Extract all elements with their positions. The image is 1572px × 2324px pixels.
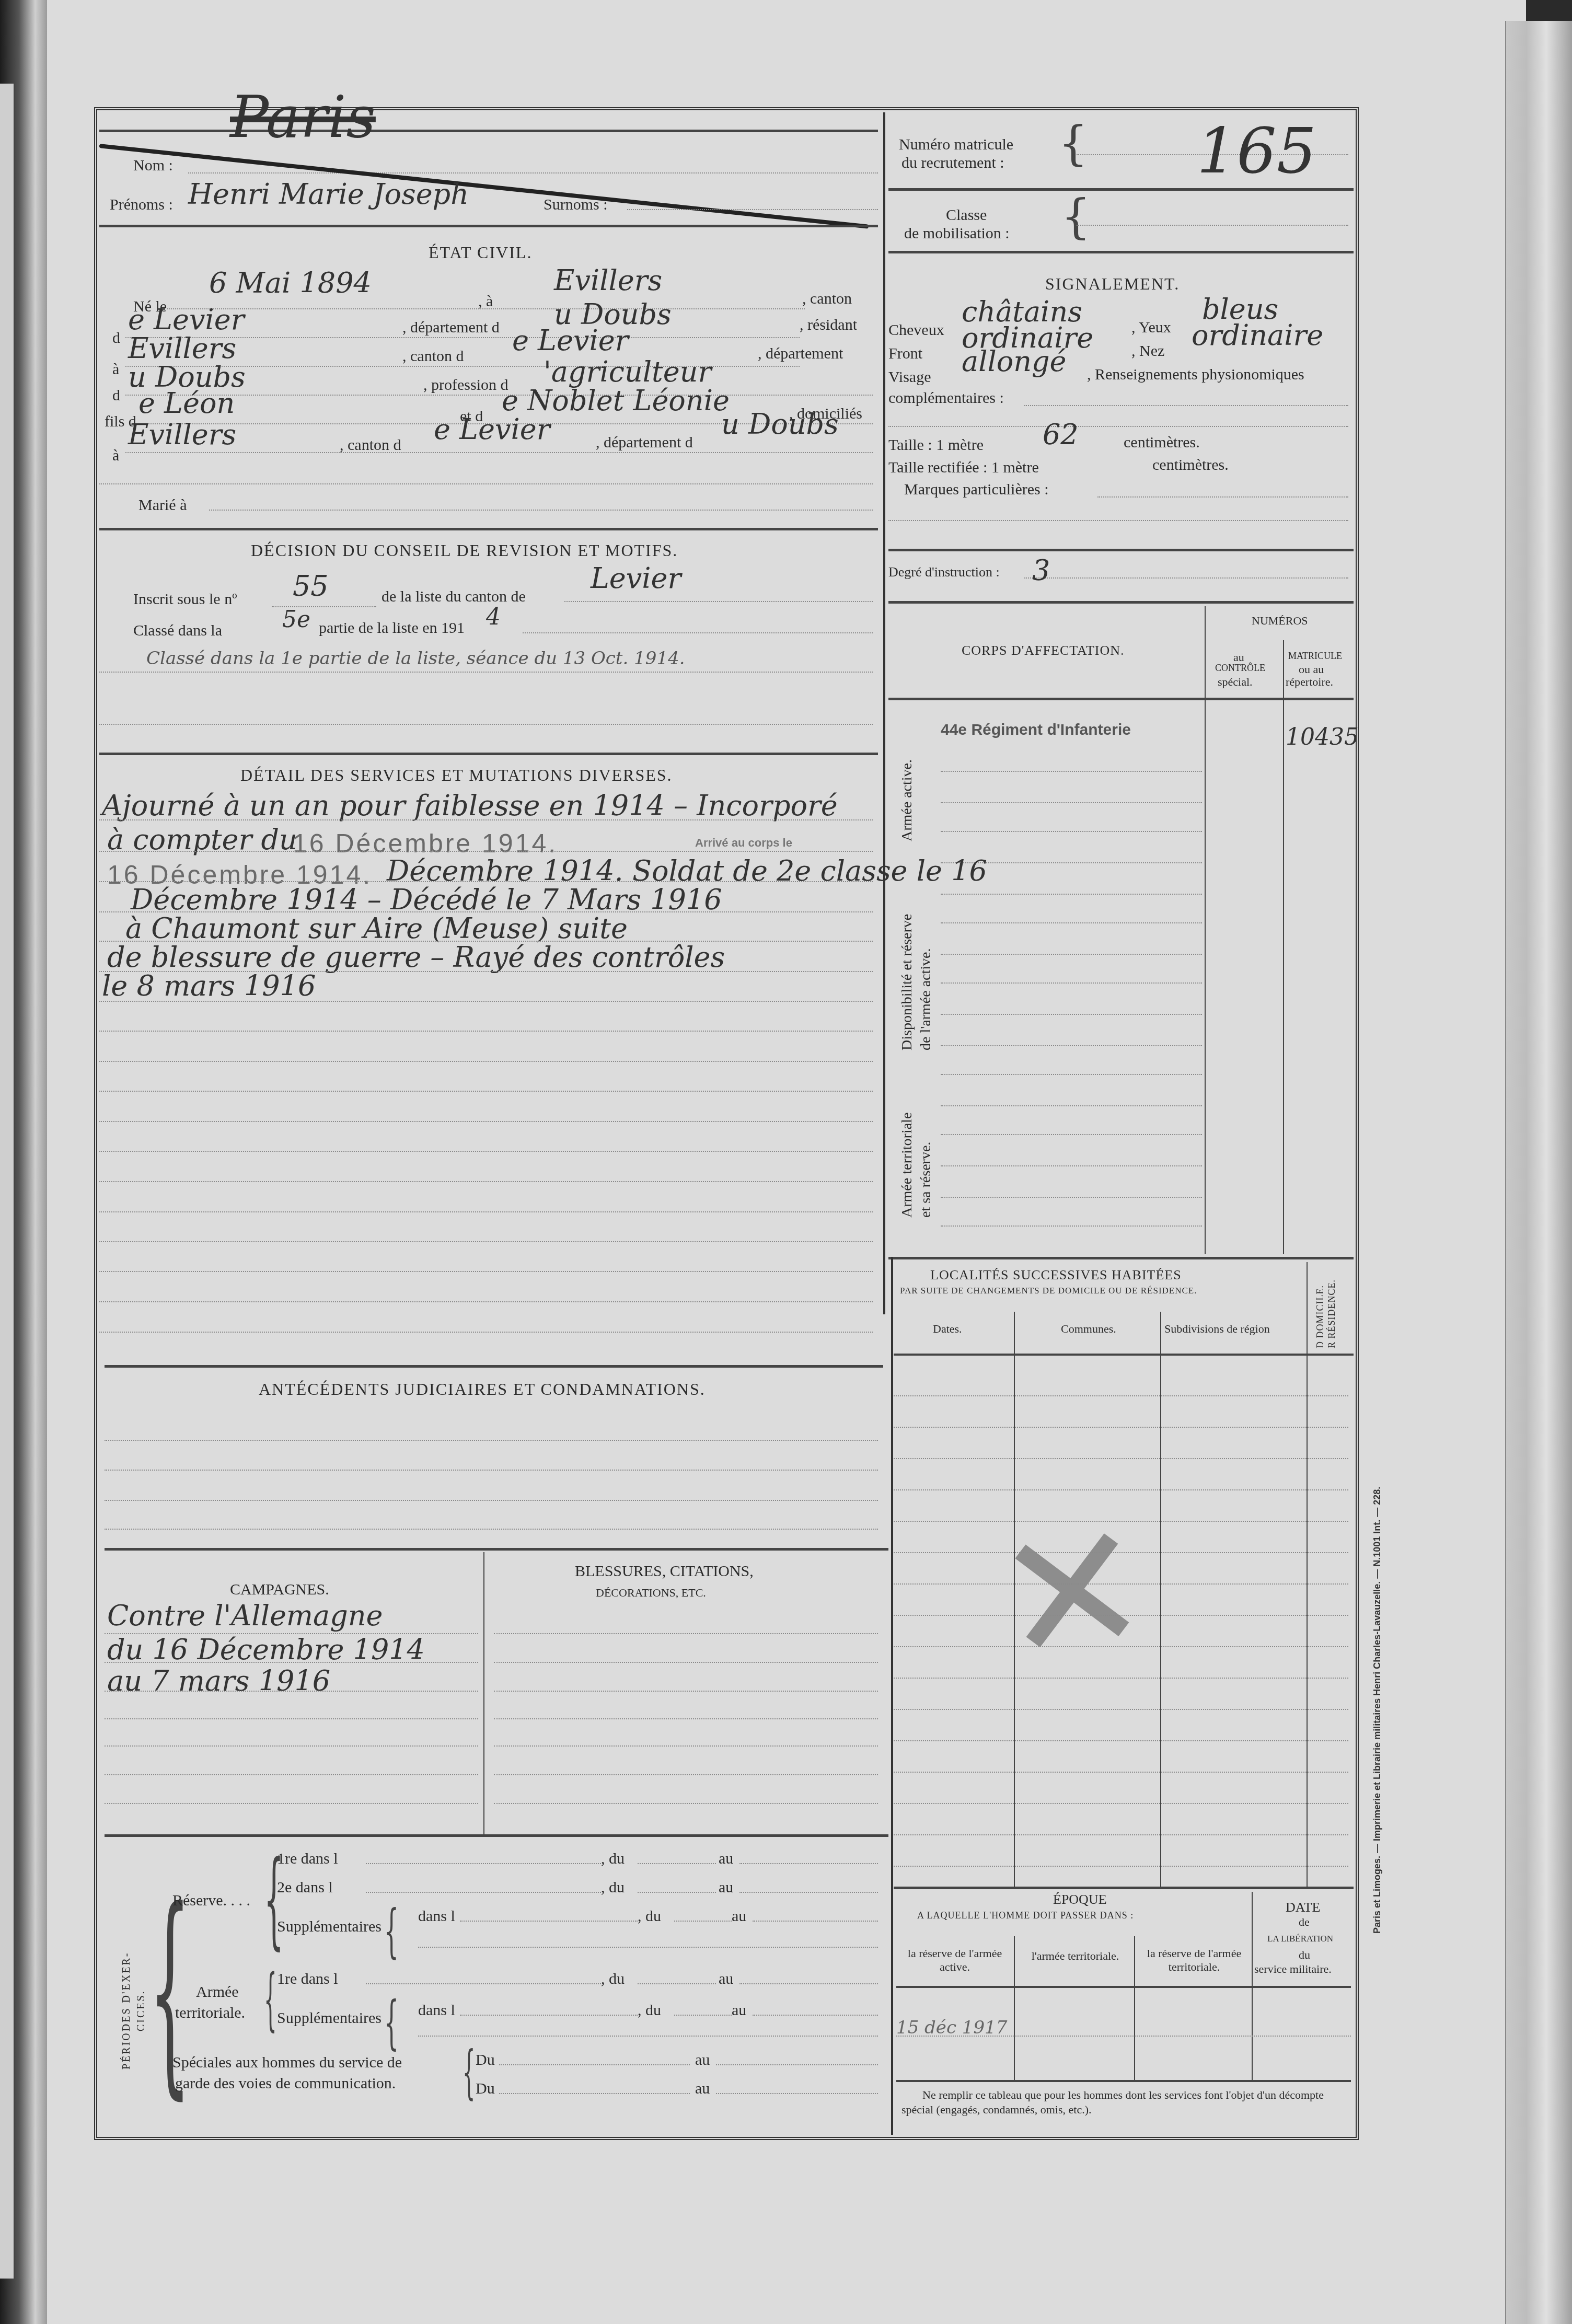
du-label: , du: [638, 1907, 661, 1925]
dotted-line: [99, 1061, 873, 1062]
dotted-line: [499, 2093, 690, 2094]
speciales-label-1: Spéciales aux hommes du service de: [172, 2054, 402, 2072]
visage-value: allongé: [962, 345, 1067, 378]
speciales-label-2: garde des voies de communication.: [175, 2075, 396, 2092]
services-line-5: à Chaumont sur Aire (Meuse) suite: [125, 912, 628, 945]
dotted-line: [896, 2036, 1351, 2037]
dotted-line: [366, 1863, 601, 1864]
complementaires-label: complémentaires :: [888, 389, 1004, 407]
dotted-line: [894, 1740, 1348, 1741]
territoriale-1re-label: 1re dans l: [277, 1970, 338, 1988]
dotted-line: [125, 395, 873, 396]
decision-note: Classé dans la 1e partie de la liste, sé…: [146, 648, 685, 669]
nom-value: Paris: [230, 84, 376, 151]
dotted-line: [894, 1395, 1348, 1396]
a-label: à: [112, 447, 119, 465]
localites-subtitle: PAR SUITE DE CHANGEMENTS DE DOMICILE OU …: [900, 1286, 1197, 1296]
degre-instruction-value: 3: [1032, 554, 1050, 587]
column-divider: [1160, 1312, 1161, 1887]
taille-label: Taille : 1 mètre: [888, 436, 984, 454]
dotted-line: [494, 1718, 878, 1719]
dotted-line: [674, 1921, 732, 1922]
dotted-line: [99, 1211, 873, 1212]
divider: [888, 601, 1354, 604]
dotted-line: [716, 2064, 878, 2065]
dans-l-label: dans l: [418, 2002, 455, 2019]
dotted-line: [894, 1772, 1348, 1773]
cheveux-label: Cheveux: [888, 321, 944, 339]
divider: [896, 2080, 1351, 2082]
reserve-label: Réserve. . . .: [172, 1892, 250, 1910]
dotted-line: [494, 1633, 878, 1634]
numero-matricule-label: Numéro matricule: [899, 136, 1013, 154]
services-stamp-small: Arrivé au corps le: [695, 836, 792, 850]
col-domicile: D DOMICILE.: [1315, 1285, 1325, 1348]
localites-title: LOCALITÉS SUCCESSIVES HABITÉES: [930, 1267, 1182, 1283]
canton-label: , canton d: [340, 436, 401, 454]
dotted-line: [1024, 577, 1348, 579]
divider: [99, 225, 878, 227]
numero-matricule-value: 165: [1197, 115, 1316, 188]
col-matricule-2: ou au: [1299, 663, 1324, 676]
dotted-line: [627, 209, 878, 210]
visage-label: Visage: [888, 368, 931, 386]
divider: [896, 1986, 1351, 1988]
dotted-line: [894, 1458, 1348, 1459]
dotted-line: [99, 1332, 873, 1333]
dotted-line: [99, 1091, 873, 1092]
divider: [888, 251, 1354, 253]
dotted-line: [494, 1803, 878, 1804]
divider: [888, 1257, 1354, 1259]
dotted-line: [418, 2036, 878, 2037]
front-label: Front: [888, 345, 922, 363]
dotted-line: [753, 2015, 878, 2016]
dotted-line: [105, 1803, 478, 1804]
dotted-line: [99, 672, 873, 673]
dotted-line: [894, 1521, 1348, 1522]
signalement-title: SIGNALEMENT.: [1045, 274, 1180, 294]
blessures-subtitle: DÉCORATIONS, ETC.: [596, 1586, 706, 1600]
centimetres-label-2: centimètres.: [1152, 456, 1229, 474]
supplementaires-label: Supplémentaires: [277, 2009, 382, 2027]
canton-naissance: e Levier: [128, 303, 245, 336]
dotted-line: [894, 1583, 1348, 1585]
services-line-6: de blessure de guerre – Rayé des contrôl…: [107, 941, 725, 974]
dotted-line: [125, 452, 873, 453]
dotted-line: [941, 982, 1202, 984]
dotted-line: [99, 1301, 873, 1302]
matricule-entry-value: 10435: [1286, 724, 1359, 750]
residence: Evillers: [128, 332, 236, 365]
corps-entry-value: 44e Régiment d'Infanterie: [941, 721, 1131, 739]
au-label: au: [695, 2080, 710, 2098]
annee-value: 4: [486, 604, 501, 630]
divider: [105, 1834, 888, 1837]
dotted-line: [739, 1892, 878, 1893]
col-subdivisions: Subdivisions de région: [1164, 1322, 1270, 1336]
dotted-line: [894, 1646, 1348, 1647]
dotted-line: [894, 1803, 1348, 1804]
dotted-line: [894, 1615, 1348, 1616]
dotted-line: [494, 1774, 878, 1775]
armee-label-1: Armée: [196, 1983, 239, 2001]
dotted-line: [105, 1633, 478, 1634]
centimetres-label: centimètres.: [1124, 434, 1200, 452]
corps-title: CORPS D'AFFECTATION.: [962, 643, 1125, 658]
dotted-line: [941, 954, 1202, 955]
epoque-col-4-4: du: [1299, 1948, 1310, 1962]
d-label: d: [112, 387, 120, 404]
dotted-line: [460, 2015, 638, 2016]
classe-label: Classe: [946, 206, 987, 224]
marie-label: Marié à: [138, 496, 187, 514]
canton-label: , canton: [802, 290, 852, 308]
profession-label: , profession d: [423, 376, 508, 394]
divider: [99, 753, 878, 755]
epoque-note: Ne remplir ce tableau que pour les homme…: [901, 2088, 1351, 2117]
numeros-title: NUMÉROS: [1252, 614, 1308, 628]
dotted-line: [1024, 405, 1348, 406]
dotted-line: [894, 1834, 1348, 1835]
campagnes-line-3: au 7 mars 1916: [107, 1664, 330, 1697]
etat-civil-title: ÉTAT CIVIL.: [429, 243, 532, 262]
section-disponibilite-line-1: Disponibilité et réserve: [899, 914, 915, 1050]
dotted-line: [105, 1662, 478, 1663]
dotted-line: [99, 483, 873, 484]
campagnes-line-1: Contre l'Allemagne: [107, 1599, 383, 1632]
dotted-line: [418, 1947, 878, 1948]
dotted-line: [1077, 225, 1348, 226]
dotted-line: [105, 1774, 478, 1775]
epoque-col-2: l'armée territoriale.: [1022, 1949, 1129, 1963]
dotted-line: [99, 941, 873, 942]
canton-parents: e Levier: [434, 413, 550, 446]
divider: [894, 1887, 1354, 1889]
surnoms-label: Surnoms :: [544, 196, 608, 214]
services-line-7: le 8 mars 1916: [102, 969, 316, 1002]
dotted-line: [941, 922, 1202, 923]
col-matricule-3: répertoire.: [1286, 675, 1333, 689]
inscrit-numero: 55: [293, 570, 329, 603]
dotted-line: [105, 1691, 478, 1692]
du-cap-label: Du: [476, 2051, 495, 2069]
dotted-line: [888, 520, 1348, 521]
nom-label: Nom :: [133, 157, 173, 175]
dotted-line: [99, 971, 873, 972]
dotted-line: [494, 1691, 878, 1692]
column-divider: [1134, 1936, 1135, 2080]
campagnes-line-2: du 16 Décembre 1914: [107, 1633, 425, 1666]
dotted-line: [99, 881, 873, 882]
profession: 'agriculteur: [544, 355, 711, 388]
partie-value: 5e: [282, 606, 310, 633]
col-domicile-residence: D DOMICILE.R RÉSIDENCE.: [1314, 1279, 1337, 1348]
dotted-line: [941, 831, 1202, 832]
partie-label: partie de la liste en 191: [319, 619, 465, 637]
printer-imprint: Paris et Limoges. — Imprimerie et Librai…: [1372, 1487, 1383, 1934]
classe-dans-label: Classé dans la: [133, 622, 222, 640]
dotted-line: [105, 1718, 478, 1719]
dotted-line: [99, 819, 873, 820]
column-divider: [483, 1552, 484, 1834]
antecedents-title: ANTÉCÉDENTS JUDICIAIRES ET CONDAMNATIONS…: [259, 1380, 706, 1399]
divider: [888, 549, 1354, 551]
periodes-side-label: PÉRIODES D'EXER-CICES.: [119, 1952, 148, 2070]
canton-residence: e Levier: [512, 324, 629, 357]
epoque-col-4-2: de: [1299, 1915, 1310, 1929]
du-label: , du: [601, 1850, 625, 1868]
dotted-line: [894, 1552, 1348, 1553]
col-dates: Dates.: [933, 1322, 962, 1336]
departement-parents: u Doubs: [721, 408, 839, 441]
epoque-col-3: la réserve de l'armée territoriale.: [1142, 1947, 1246, 1974]
departement-label: , département d: [596, 434, 693, 452]
facing-page-edge: [0, 84, 15, 2279]
nez-value: ordinaire: [1192, 319, 1323, 352]
dotted-line: [523, 632, 873, 633]
dotted-line: [99, 1001, 873, 1002]
dotted-line: [894, 1866, 1348, 1867]
degre-instruction-label: Degré d'instruction :: [888, 564, 1000, 580]
dotted-line: [105, 1470, 878, 1471]
column-divider: [1283, 640, 1284, 1254]
services-title: DÉTAIL DES SERVICES ET MUTATIONS DIVERSE…: [240, 766, 673, 785]
dotted-line: [941, 894, 1202, 895]
departement-label: , département d: [402, 319, 500, 337]
dotted-line: [494, 1662, 878, 1663]
inscrit-label: Inscrit sous le nº: [133, 591, 237, 608]
col-communes: Communes.: [1061, 1322, 1116, 1336]
epoque-col-1: la réserve de l'armée active.: [900, 1947, 1010, 1974]
divider: [894, 1354, 1354, 1356]
dotted-line: [99, 1181, 873, 1182]
domicile-parents: Evillers: [128, 418, 236, 451]
dotted-line: [888, 426, 1348, 427]
departement-label: , département: [758, 345, 843, 363]
dotted-line: [941, 1225, 1202, 1227]
dotted-line: [941, 802, 1202, 803]
renseignements-label: , Renseignements physionomiques: [1087, 366, 1304, 384]
epoque-col-4-5: service militaire.: [1254, 1962, 1332, 1976]
column-divider: [1014, 1936, 1015, 2080]
marques-label: Marques particulières :: [904, 481, 1049, 499]
services-line-1: Ajourné à un an pour faiblesse en 1914 –…: [102, 789, 838, 822]
armee-label-2: territoriale.: [175, 2004, 245, 2022]
dotted-line: [894, 1678, 1348, 1679]
au-label: au: [695, 2051, 710, 2069]
canton-label: , canton d: [402, 348, 464, 365]
nez-label: , Nez: [1131, 342, 1164, 360]
epoque-col-4-3: LA LIBÉRATION: [1267, 1934, 1333, 1944]
col-residence: R RÉSIDENCE.: [1326, 1279, 1337, 1348]
epoque-title: ÉPOQUE: [1053, 1892, 1107, 1907]
divider: [105, 1365, 883, 1368]
epoque-subtitle: A LAQUELLE L'HOMME DOIT PASSER DANS :: [917, 1910, 1134, 1921]
dotted-line: [1097, 496, 1348, 498]
dotted-line: [99, 1151, 873, 1152]
reserve-1re-label: 1re dans l: [277, 1850, 338, 1868]
dotted-line: [894, 1427, 1348, 1428]
campagnes-title: CAMPAGNES.: [230, 1581, 329, 1599]
divider: [105, 1548, 888, 1551]
dotted-line: [941, 1074, 1202, 1075]
taille-value: 62: [1043, 418, 1079, 451]
dotted-line: [99, 1271, 873, 1272]
yeux-label: , Yeux: [1131, 319, 1171, 337]
supplementaires-label: Supplémentaires: [277, 1918, 382, 1936]
residant-label: , résidant: [800, 316, 857, 334]
du-label: , du: [601, 1970, 625, 1988]
dotted-line: [941, 1014, 1202, 1015]
dotted-line: [638, 1863, 716, 1864]
d-label: d: [112, 329, 120, 347]
col-controle-3: spécial.: [1218, 675, 1253, 689]
a-label: à: [112, 361, 119, 378]
page-stack-edge: [1505, 21, 1572, 2324]
mere: e Noblet Léonie: [502, 384, 730, 417]
brace-icon: {: [384, 1902, 399, 1960]
epoque-val-1: 15 déc 1917: [896, 2017, 1007, 2038]
au-label: au: [719, 1879, 733, 1897]
section-territoriale-line-2: et sa réserve.: [918, 1142, 934, 1218]
dotted-line: [99, 724, 873, 725]
numero-matricule-label-2: du recrutement :: [901, 154, 1004, 172]
du-label: , du: [638, 2002, 661, 2019]
dotted-line: [99, 851, 873, 852]
dotted-line: [99, 911, 873, 912]
col-matricule-1: MATRICULE: [1288, 651, 1342, 662]
dotted-line: [638, 1892, 716, 1893]
section-active-label: Armée active.: [899, 759, 916, 841]
periodes-label-2: CICES.: [135, 1990, 147, 2031]
column-divider: [1205, 606, 1206, 1254]
date-naissance: 6 Mai 1894: [209, 267, 372, 299]
periodes-label-1: PÉRIODES D'EXER-: [121, 1952, 132, 2070]
brace-icon: {: [264, 1965, 277, 2033]
dotted-line: [99, 1241, 873, 1242]
section-disponibilite-line-2: de l'armée active.: [918, 949, 934, 1050]
divider: [888, 188, 1354, 191]
services-line-3: Décembre 1914. Soldat de 2e classe le 16: [387, 854, 987, 887]
dotted-line: [941, 1165, 1202, 1166]
taille-rectifiee-label: Taille rectifiée : 1 mètre: [888, 459, 1039, 477]
brace-icon: {: [384, 1994, 399, 2051]
prenoms-value: Henri Marie Joseph: [188, 178, 469, 211]
divider: [888, 698, 1354, 700]
dans-l-label: dans l: [418, 1907, 455, 1925]
dotted-line: [105, 1500, 878, 1501]
dotted-line: [105, 1745, 478, 1747]
dotted-line: [105, 1440, 878, 1441]
column-divider: [1307, 1262, 1308, 1887]
dotted-line: [167, 308, 805, 309]
classe-label-2: de mobilisation :: [904, 225, 1010, 242]
cross-mark-icon: ✕: [987, 1496, 1159, 1692]
dotted-line: [188, 172, 878, 174]
dotted-line: [941, 771, 1202, 772]
du-label: , du: [601, 1879, 625, 1897]
decision-canton: Levier: [591, 562, 681, 595]
divider: [99, 130, 878, 132]
pere: e Léon: [138, 387, 235, 420]
dotted-line: [894, 1709, 1348, 1710]
section-territoriale-label: Armée territorialeet sa réserve.: [898, 1113, 935, 1218]
au-label: au: [719, 1850, 733, 1868]
dotted-line: [894, 1489, 1348, 1490]
dotted-line: [209, 510, 873, 511]
dotted-line: [739, 1983, 878, 1984]
dotted-line: [99, 1031, 873, 1032]
dotted-line: [941, 1134, 1202, 1135]
col-controle-2: CONTRÔLE: [1215, 663, 1265, 674]
dotted-line: [674, 2015, 732, 2016]
au-label: au: [719, 1970, 733, 1988]
divider: [99, 528, 878, 530]
decision-title: DÉCISION DU CONSEIL DE REVISION ET MOTIF…: [251, 541, 678, 560]
lieu-naissance: Evillers: [554, 264, 662, 297]
column-divider: [883, 112, 885, 1314]
au-label: au: [732, 1907, 746, 1925]
a-label: , à: [478, 293, 493, 310]
column-divider: [891, 1257, 893, 2135]
dotted-line: [460, 1921, 638, 1922]
dotted-line: [753, 1921, 878, 1922]
dotted-line: [638, 1983, 716, 1984]
brace-icon: {: [1061, 193, 1091, 240]
section-territoriale-line-1: Armée territoriale: [899, 1113, 915, 1218]
dotted-line: [941, 1197, 1202, 1198]
dotted-line: [366, 1983, 601, 1984]
epoque-col-4-1: DATE: [1286, 1900, 1320, 1915]
dotted-line: [99, 1121, 873, 1122]
reserve-2e-label: 2e dans l: [277, 1879, 333, 1897]
dotted-line: [105, 1529, 878, 1530]
dotted-line: [941, 1105, 1202, 1106]
du-cap-label: Du: [476, 2080, 495, 2098]
blessures-title: BLESSURES, CITATIONS,: [575, 1563, 754, 1580]
dotted-line: [494, 1745, 878, 1747]
liste-canton-label: de la liste du canton de: [382, 588, 526, 606]
dotted-line: [739, 1863, 878, 1864]
au-label: au: [732, 2002, 746, 2019]
brace-icon: {: [1058, 120, 1088, 167]
section-disponibilite-label: Disponibilité et réservede l'armée activ…: [898, 914, 935, 1050]
brace-icon: {: [463, 2043, 476, 2101]
dotted-line: [499, 2064, 690, 2065]
dotted-line: [941, 1045, 1202, 1046]
dotted-line: [716, 2093, 878, 2094]
prenoms-label: Prénoms :: [110, 196, 173, 214]
dotted-line: [564, 601, 873, 602]
dotted-line: [366, 1892, 601, 1893]
